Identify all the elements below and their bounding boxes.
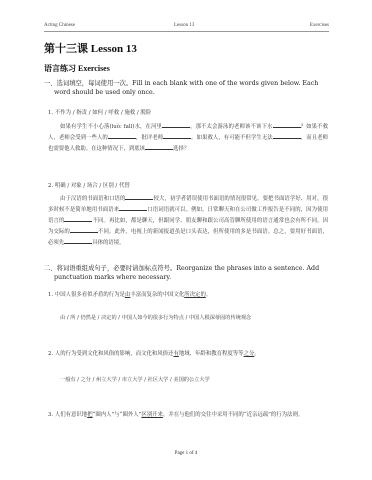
lesson-title: 第十三课 Lesson 13 [44, 40, 137, 56]
q2-blank-3[interactable] [64, 215, 92, 222]
q1-paragraph: 如果有学生不小心落(luò: fall)水，在河里，那不太会游泳的老师该不该下水… [48, 121, 328, 154]
q2-blank-2[interactable] [119, 204, 147, 211]
q2-blank-5[interactable] [64, 237, 92, 244]
p2-q3-sentence: 3. 人们有意识地把“圈内人”与“圈外人”区别开来，并在与他们的交往中采用不同的… [48, 410, 328, 420]
q1-blank-2[interactable] [273, 121, 301, 128]
part2-instruction: 二、将词语重组成句子，必要时请加标点符号。Reorganize the phra… [44, 264, 329, 282]
p2-q2-phrases: 一般有 / 之分 / 州立大学 / 市立大学 / 社区大学 / 美国的公立大学 [60, 376, 210, 383]
page-number: Page 1 of 4 [0, 451, 372, 456]
document-page: Acting Chinese Lesson 13 Exercises 第十三课 … [0, 0, 372, 480]
p2-q1-sentence: 1. 中国人很多看似矛盾的行为是由丰富而复杂的中国文化所决定的。 [48, 290, 328, 300]
q2-paragraph: 由于汉语的书面语和口语的较大，初学者错误使用书面语的情况很常见。要把书面语学好、… [48, 193, 328, 248]
q1-blank-1[interactable] [162, 121, 190, 128]
q1-blank-6[interactable] [145, 143, 173, 150]
header-lesson: Lesson 13 [174, 23, 194, 28]
q1-blank-4[interactable] [163, 132, 191, 139]
p2-q1-phrases: 由 / 所 / 仍然是 / 决定的 / 中国人如今的很多行为特点 / 中国人根深… [60, 314, 251, 321]
q1-blank-5[interactable] [273, 132, 301, 139]
q1-word-list: 1. 不作为 / 指责 / 如何 / 呼救 / 施救 / 脱险 [48, 108, 151, 116]
q2-blank-1[interactable] [125, 193, 153, 200]
header-course-title: Acting Chinese [44, 23, 75, 28]
part1-instruction: 一、选词填空，每词使用一次。Fill in each blank with on… [44, 79, 329, 97]
q2-word-list: 2. 明确 / 对象 / 场合 / 区别 / 代替 [48, 181, 130, 189]
p2-q2-sentence: 2. 人的行为受到文化和风俗的影响，而文化和风俗还有地域、年龄和教育程度等等之分… [48, 349, 328, 359]
page-header: Acting Chinese Lesson 13 Exercises [44, 21, 329, 32]
section-title: 语言练习 Exercises [44, 63, 110, 74]
header-section: Exercises [310, 23, 329, 28]
q1-blank-3[interactable] [108, 132, 136, 139]
q2-blank-4[interactable] [70, 226, 98, 233]
